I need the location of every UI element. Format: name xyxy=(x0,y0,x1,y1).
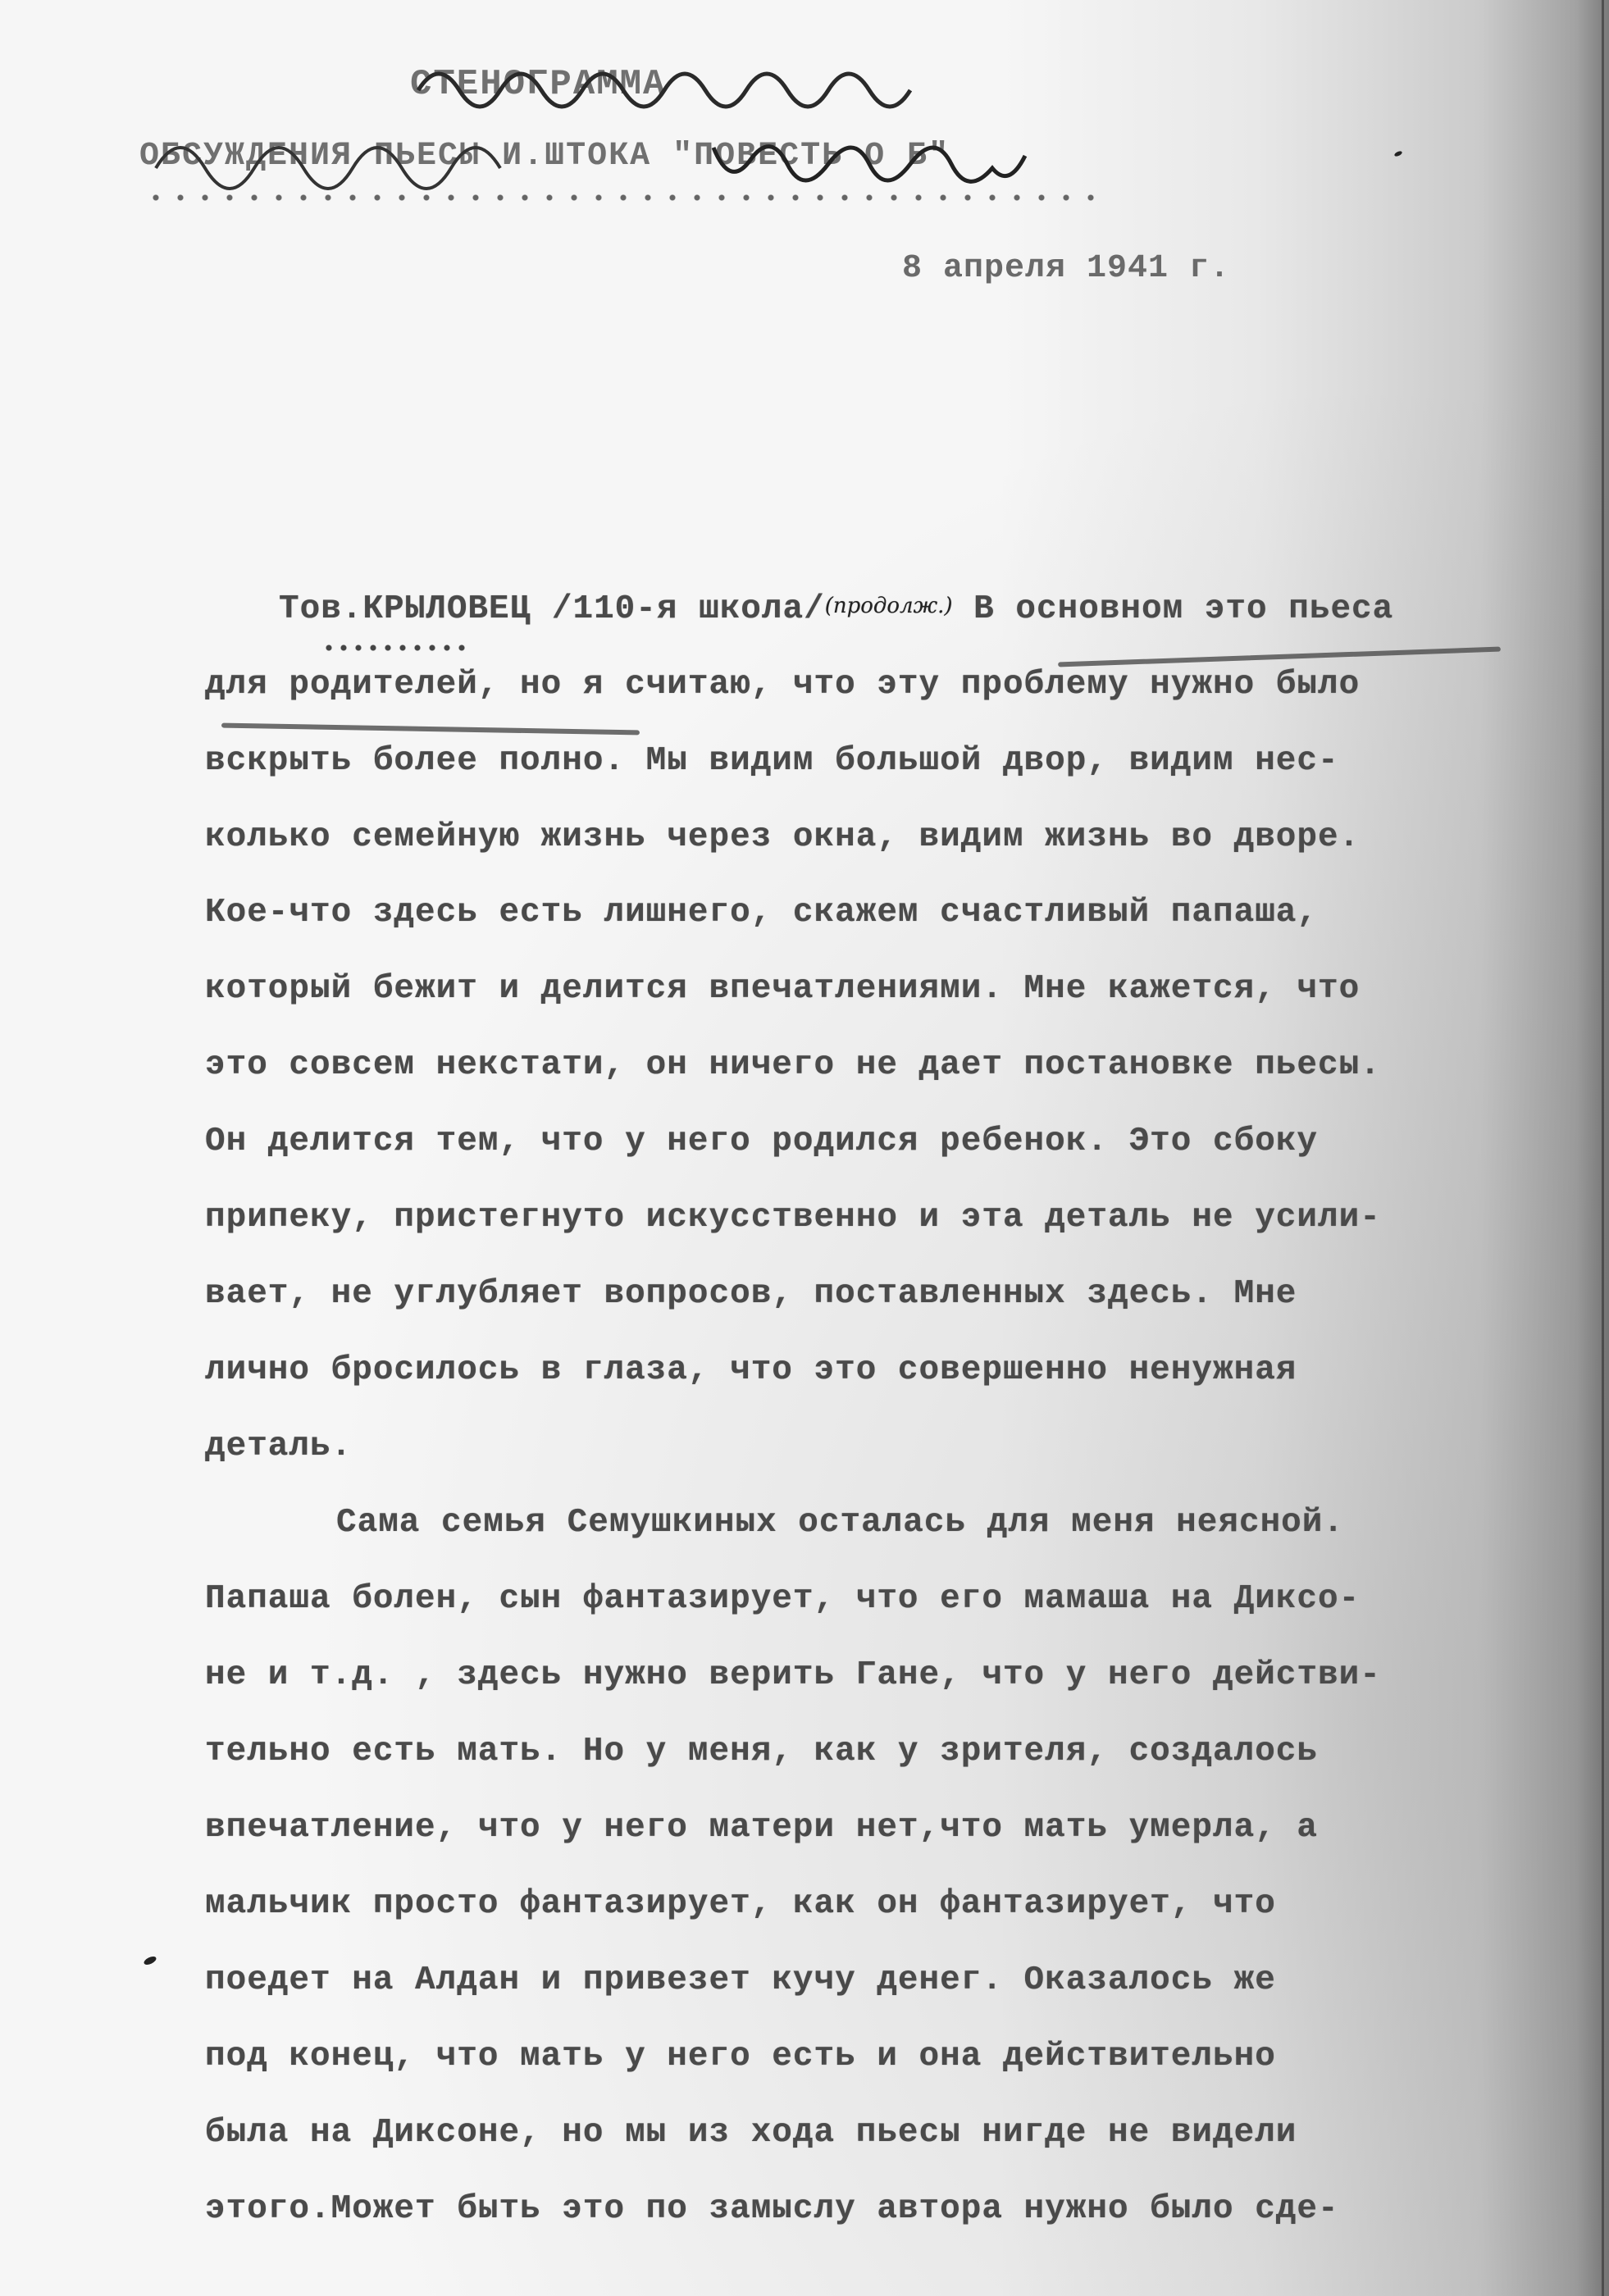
speaker-name: Тов.КРЫЛОВЕЦ xyxy=(279,590,531,628)
text-line-22: этого.Может быть это по замыслу автора н… xyxy=(205,2190,1339,2228)
text-line-19: поедет на Алдан и привезет кучу денег. О… xyxy=(205,1961,1276,1999)
text-line-13: Сама семья Семушкиных осталась для меня … xyxy=(336,1504,1344,1542)
text-line-21: была на Диксоне, но мы из хода пьесы ниг… xyxy=(205,2114,1297,2152)
speaker-affiliation: /110-я школа/ xyxy=(552,590,825,628)
text-line-8: Он делится тем, что у него родился ребен… xyxy=(205,1123,1318,1160)
speaker-dotted-underline xyxy=(321,645,469,651)
text-line-16: тельно есть мать. Но у меня, как у зрите… xyxy=(205,1733,1318,1770)
text-line-17: впечатление, что у него матери нет,что м… xyxy=(205,1809,1318,1847)
text-line-1: Тов.КРЫЛОВЕЦ /110-я школа/(продолж.) В о… xyxy=(279,590,1393,628)
page-edge-shadow xyxy=(1602,0,1604,2296)
document-subtitle: ОБСУЖДЕНИЯ ПЬЕСЫ И.ШТОКА "ПОВЕСТЬ О Б" xyxy=(139,138,950,175)
handwritten-note: (продолж.) xyxy=(825,594,953,618)
title-underline xyxy=(144,194,1095,202)
text-line-20: под конец, что мать у него есть и она де… xyxy=(205,2038,1276,2075)
text-line-10: вает, не углубляет вопросов, поставленны… xyxy=(205,1275,1297,1313)
text-line-4: колько семейную жизнь через окна, видим … xyxy=(205,818,1360,856)
text-line-15: не и т.д. , здесь нужно верить Гане, что… xyxy=(205,1656,1381,1694)
document-date: 8 апреля 1941 г. xyxy=(902,250,1230,287)
line-1-rest: В основном это пьеса xyxy=(973,590,1393,628)
text-line-18: мальчик просто фантазирует, как он фанта… xyxy=(205,1885,1276,1923)
text-line-9: припеку, пристегнуто искусственно и эта … xyxy=(205,1199,1381,1237)
text-line-14: Папаша болен, сын фантазирует, что его м… xyxy=(205,1580,1360,1618)
text-line-6: который бежит и делится впечатлениями. М… xyxy=(205,970,1360,1008)
text-line-5: Кое-что здесь есть лишнего, скажем счаст… xyxy=(205,894,1318,932)
text-line-7: это совсем некстати, он ничего не дает п… xyxy=(205,1046,1381,1084)
text-line-3: вскрыть более полно. Мы видим большой дв… xyxy=(205,742,1339,780)
text-line-12: деталь. xyxy=(205,1428,352,1465)
text-line-11: лично бросилось в глаза, что это соверше… xyxy=(205,1351,1297,1389)
document-title: СТЕНОГРАММА xyxy=(410,64,666,105)
text-line-2: для родителей, но я считаю, что эту проб… xyxy=(205,666,1360,704)
